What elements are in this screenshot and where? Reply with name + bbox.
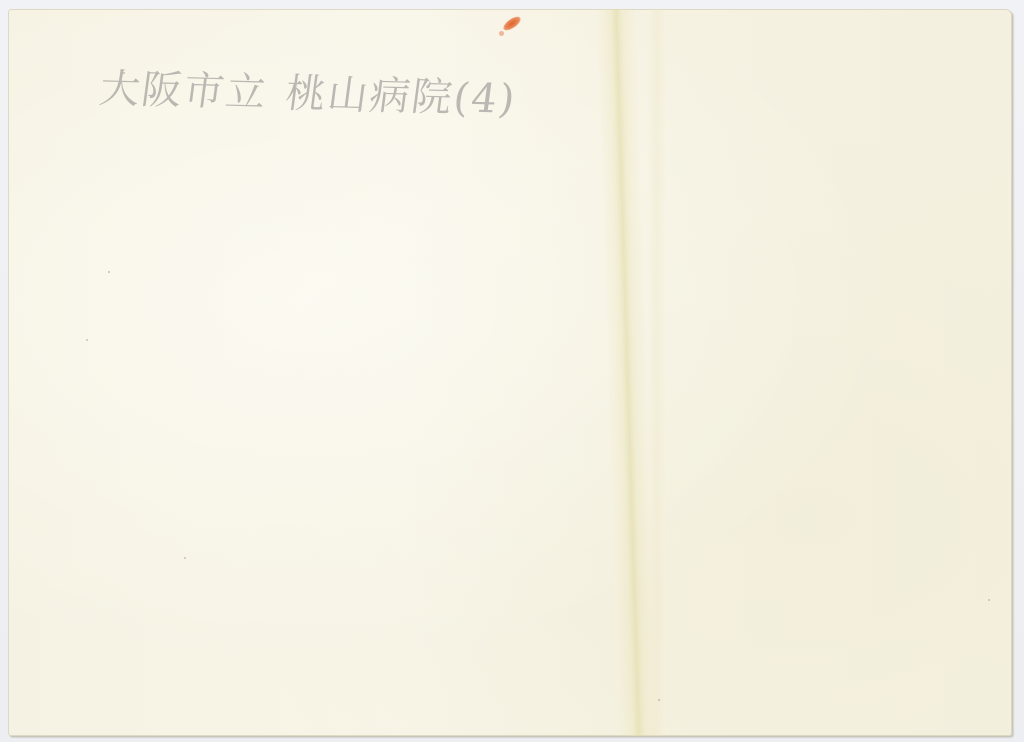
- paper-speck: [184, 557, 186, 559]
- paper-speck: [86, 339, 88, 341]
- orange-ink-spot: [501, 14, 523, 33]
- paper-speck: [123, 72, 125, 74]
- photo-card-back: 大阪市立桃山病院(4): [8, 9, 1012, 736]
- paper-speck: [108, 271, 110, 273]
- scan-background: 大阪市立桃山病院(4): [0, 0, 1024, 742]
- paper-speck: [658, 699, 660, 701]
- orange-ink-speck: [499, 31, 504, 36]
- caption-number: (4): [451, 75, 520, 122]
- paper-speck: [988, 599, 990, 601]
- faint-stain: [648, 9, 666, 736]
- caption-hospital-name: 桃山病院: [283, 71, 457, 121]
- handwritten-caption: 大阪市立桃山病院(4): [97, 57, 521, 125]
